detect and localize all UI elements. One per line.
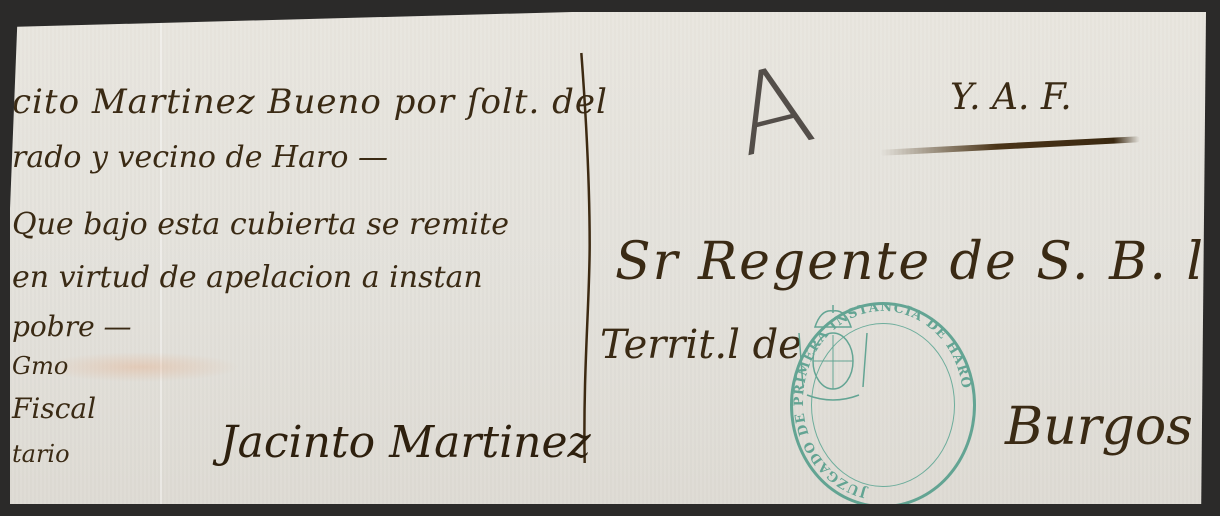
letter-line-5: pobre — — [12, 310, 132, 343]
letter-line-6: Gmo — [12, 352, 68, 380]
coat-of-arms-icon — [793, 305, 873, 405]
postal-mark-a: A — [721, 39, 825, 181]
letter-line-4: en virtud de apelacion a instan — [12, 260, 483, 295]
paper-stain — [40, 352, 240, 382]
reference-initials: Y. A. F. — [950, 77, 1072, 118]
letter-line-3: Que bajo esta cubierta se remite — [12, 207, 509, 242]
court-seal-stamp: JUZGADO DE PRIMERA INSTANCIA DE HARO — [790, 302, 976, 504]
address-line-1: Sr Regente de S. B. la — [615, 232, 1206, 292]
letter-line-8: tario — [12, 440, 70, 468]
letter-line-7: Fiscal — [12, 392, 96, 425]
signature: Jacinto Martinez — [220, 417, 591, 468]
letter-line-2: rado y vecino de Haro — — [12, 140, 388, 175]
address-line-2: Territ.l de — [600, 322, 802, 368]
document-paper: cito Martinez Bueno por ſolt. del rado y… — [10, 12, 1206, 504]
reference-underline — [880, 136, 1140, 156]
letter-line-1: cito Martinez Bueno por ſolt. del — [12, 82, 608, 122]
address-line-3: Burgos — [1005, 397, 1193, 457]
